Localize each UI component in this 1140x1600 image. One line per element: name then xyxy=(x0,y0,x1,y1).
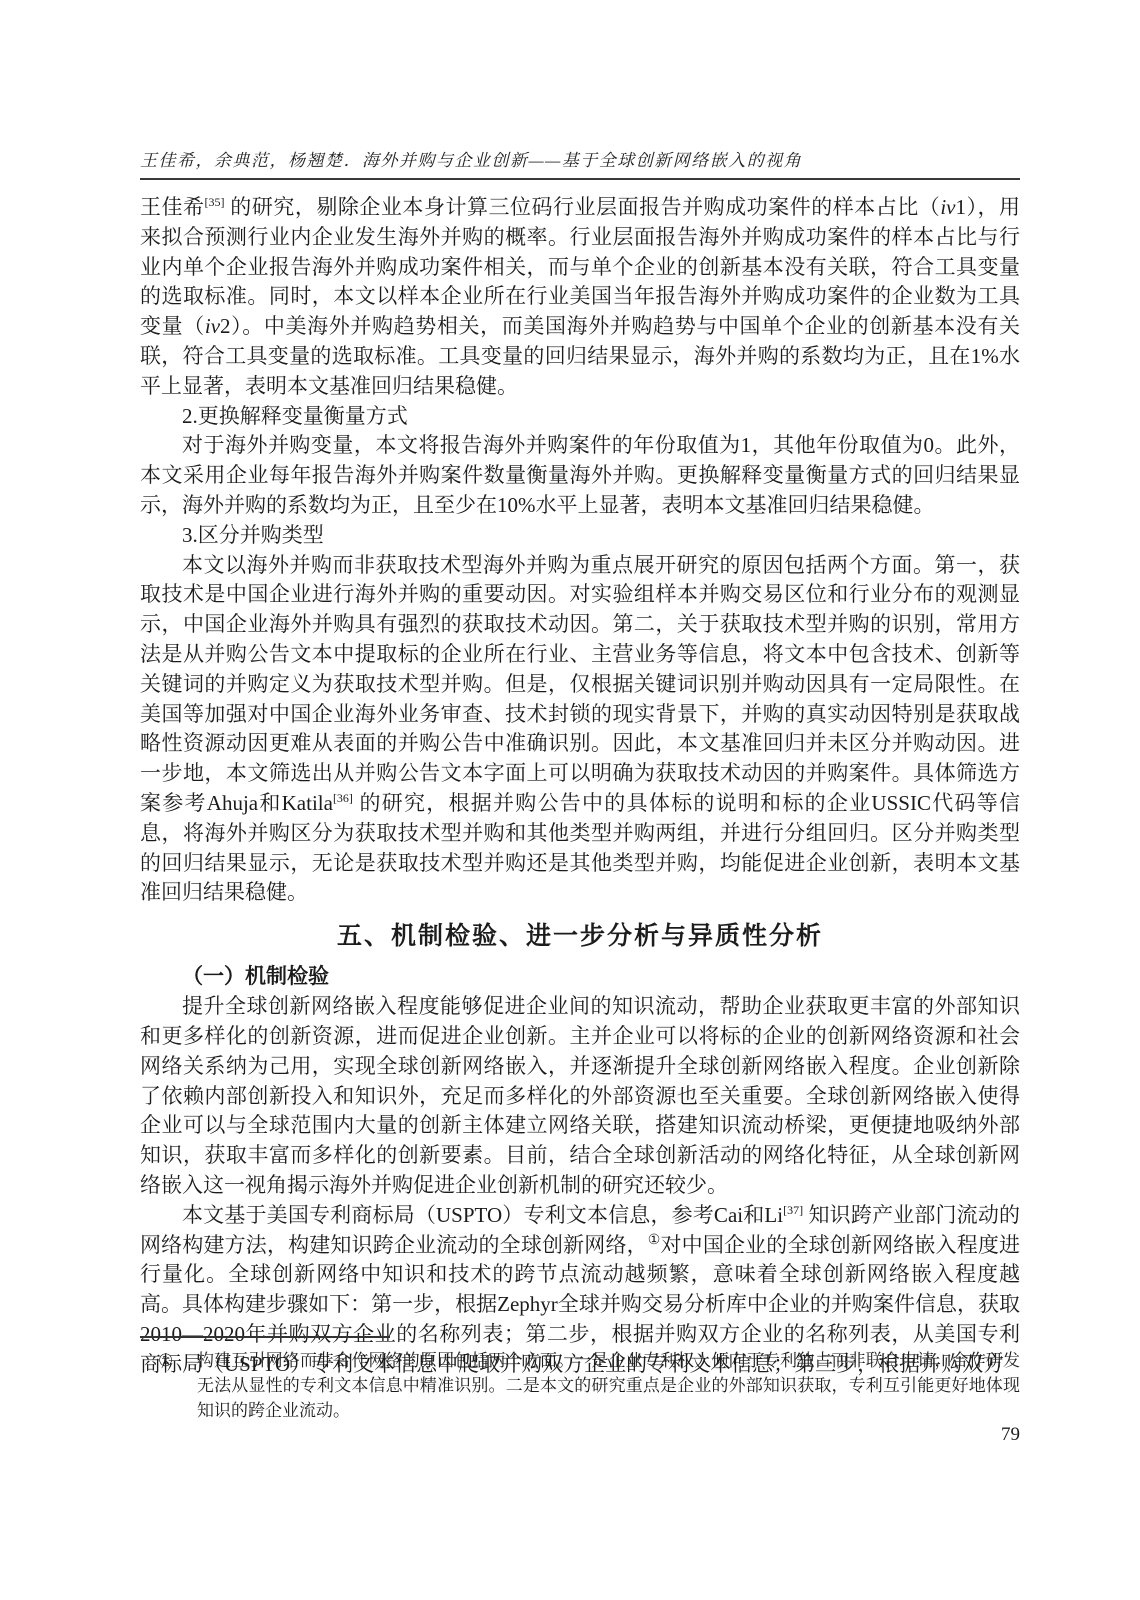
paper-page: 王佳希，余典范，杨翘楚．海外并购与企业创新——基于全球创新网络嵌入的视角 王佳希… xyxy=(0,0,1140,1600)
paragraph: 提升全球创新网络嵌入程度能够促进企业间的知识流动，帮助企业获取更丰富的外部知识和… xyxy=(140,992,1020,1201)
footnote-text: 构建互引网络而非合作网络的原因包括两个方面。一是企业专利权人倾向于专利独占而非联… xyxy=(197,1351,1020,1420)
citation-ref: [37] xyxy=(783,1203,803,1217)
citation-ref: [35] xyxy=(205,195,225,209)
running-head: 王佳希，余典范，杨翘楚．海外并购与企业创新——基于全球创新网络嵌入的视角 xyxy=(140,146,1020,171)
text-run: 本文以海外并购而非获取技术型海外并购为重点展开研究的原因包括两个方面。第一，获取… xyxy=(140,553,1020,815)
paragraph: 本文以海外并购而非获取技术型海外并购为重点展开研究的原因包括两个方面。第一，获取… xyxy=(140,551,1020,909)
text-run: 王佳希 xyxy=(140,195,205,219)
italic-term: iv xyxy=(940,195,955,219)
subheading: 3.区分并购类型 xyxy=(140,521,1020,551)
page-number: 79 xyxy=(1001,1424,1020,1446)
paragraph: 对于海外并购变量，本文将报告海外并购案件的年份取值为1，其他年份取值为0。此外，… xyxy=(140,431,1020,520)
footnote-ref: ① xyxy=(648,1233,661,1248)
footnote-marker: ① xyxy=(158,1348,173,1373)
footnote-separator xyxy=(140,1336,390,1338)
footnote: ① 构建互引网络而非合作网络的原因包括两个方面。一是企业专利权人倾向于专利独占而… xyxy=(140,1348,1020,1423)
content-column: 王佳希，余典范，杨翘楚．海外并购与企业创新——基于全球创新网络嵌入的视角 王佳希… xyxy=(140,146,1020,1379)
header-rule xyxy=(140,178,1020,180)
text-run: 的研究，剔除企业本身计算三位码行业层面报告并购成功案件的样本占比（ xyxy=(225,195,941,219)
text-run: 提升全球创新网络嵌入程度能够促进企业间的知识流动，帮助企业获取更丰富的外部知识和… xyxy=(140,994,1020,1197)
footnote-area: ① 构建互引网络而非合作网络的原因包括两个方面。一是企业专利权人倾向于专利独占而… xyxy=(140,1336,1020,1423)
section-heading: 五、机制检验、进一步分析与异质性分析 xyxy=(140,919,1020,953)
subsection-heading: （一）机制检验 xyxy=(140,962,1020,992)
text-run: 对于海外并购变量，本文将报告海外并购案件的年份取值为1，其他年份取值为0。此外，… xyxy=(140,433,1020,517)
text-run: 2）。中美海外并购趋势相关，而美国海外并购趋势与中国单个企业的创新基本没有关联，… xyxy=(140,314,1020,398)
body-content: 王佳希[35] 的研究，剔除企业本身计算三位码行业层面报告并购成功案件的样本占比… xyxy=(140,193,1020,1379)
subheading: 2.更换解释变量衡量方式 xyxy=(140,402,1020,432)
citation-ref: [36] xyxy=(333,791,353,805)
text-run: 本文基于美国专利商标局（USPTO）专利文本信息，参考Cai和Li xyxy=(182,1203,783,1227)
italic-term: iv xyxy=(205,314,220,338)
paragraph: 王佳希[35] 的研究，剔除企业本身计算三位码行业层面报告并购成功案件的样本占比… xyxy=(140,193,1020,402)
